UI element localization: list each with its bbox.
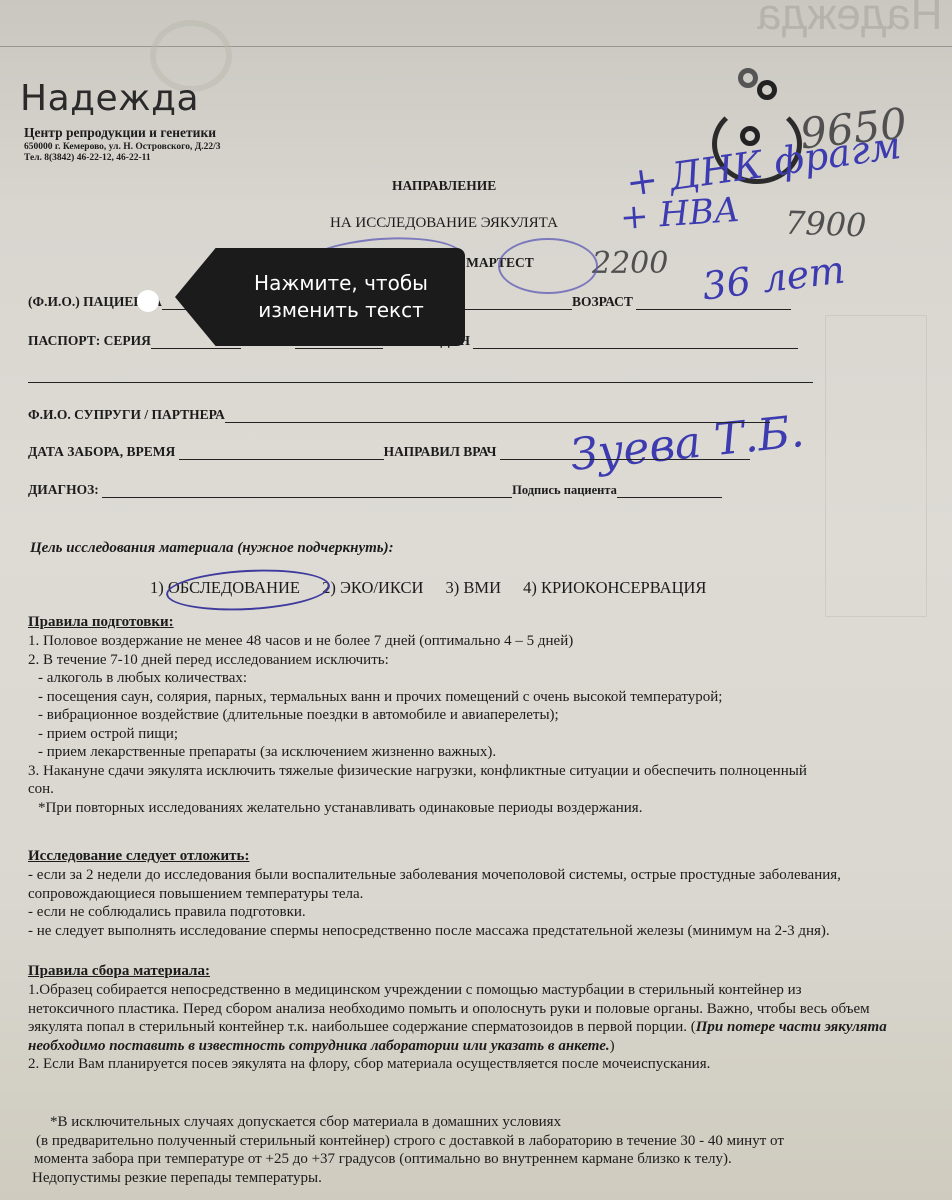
date-label: ДАТА ЗАБОРА, ВРЕМЯ [28, 444, 175, 459]
clinic-phone: Тел. 8(3842) 46-22-12, 46-22-11 [24, 153, 151, 163]
logo-circle-icon [738, 68, 758, 88]
text-anchor-handle[interactable] [137, 290, 159, 312]
postpone-item: - не следует выполнять исследование спер… [28, 922, 888, 941]
handwritten-add-nva: + НВА [619, 190, 741, 238]
preparation-item: - алкоголь в любых количествах: [28, 669, 908, 688]
diagnosis-row: ДИАГНОЗ: Подпись пациента [28, 482, 722, 498]
postpone-item: - если не соблюдались правила подготовки… [28, 903, 888, 922]
partner-row: Ф.И.О. СУПРУГИ / ПАРТНЕРА [28, 407, 770, 423]
preparation-note: *При повторных исследованиях желательно … [28, 799, 908, 818]
clinic-subtitle: Центр репродукции и генетики [24, 125, 216, 141]
doctor-field[interactable] [500, 447, 750, 460]
purpose-title: Цель исследования материала (нужное подч… [30, 540, 394, 557]
passport-extra-line[interactable] [28, 382, 813, 383]
signature-field[interactable] [617, 485, 722, 498]
doc-subtitle: НА ИССЛЕДОВАНИЕ ЭЯКУЛЯТА [330, 215, 558, 232]
collection-item: 2. Если Вам планируется посев эякулята н… [28, 1055, 888, 1074]
preparation-item: - посещения саун, солярия, парных, терма… [28, 688, 908, 707]
age-field[interactable] [636, 297, 791, 310]
preparation-title: Правила подготовки: [28, 614, 174, 631]
purpose-option-iui[interactable]: 3) ВМИ [446, 578, 501, 597]
age-label: ВОЗРАСТ [572, 294, 633, 309]
doc-title: НАПРАВЛЕНИЕ [392, 178, 496, 194]
edit-text-tooltip[interactable]: Нажмите, чтобы изменить текст [175, 248, 465, 346]
preparation-list: 1. Половое воздержание не менее 48 часов… [28, 632, 908, 817]
bleed-through-brand: Надежда [757, 0, 942, 40]
preparation-item: 2. В течение 7-10 дней перед исследовани… [28, 651, 908, 670]
logo-circle-icon [757, 80, 777, 100]
handwritten-price-martest: 2200 [592, 246, 668, 281]
collection-item: 1.Образец собирается непосредственно в м… [28, 981, 888, 1055]
diagnosis-field[interactable] [102, 485, 512, 498]
collection-list: 1.Образец собирается непосредственно в м… [28, 981, 888, 1074]
clinic-brand: Надежда [20, 78, 199, 119]
handwritten-price-nva: 7900 [784, 204, 867, 245]
preparation-item: - вибрационное воздействие (длительные п… [28, 706, 908, 725]
bleed-through-table [825, 315, 927, 617]
date-field[interactable] [179, 447, 384, 460]
purpose-option-cryo[interactable]: 4) КРИОКОНСЕРВАЦИЯ [523, 578, 706, 597]
passport-series-label: ПАСПОРТ: СЕРИЯ [28, 333, 151, 348]
test-circle-mark [498, 238, 598, 294]
preparation-item: 1. Половое воздержание не менее 48 часов… [28, 632, 908, 651]
doctor-label: НАПРАВИЛ ВРАЧ [384, 444, 497, 459]
date-row: ДАТА ЗАБОРА, ВРЕМЯ НАПРАВИЛ ВРАЧ [28, 444, 750, 460]
signature-label: Подпись пациента [512, 483, 617, 497]
collection-title: Правила сбора материала: [28, 963, 210, 980]
collection-note: *В исключительных случаях допускается сб… [28, 1113, 888, 1187]
postpone-item: - если за 2 недели до исследования были … [28, 866, 888, 903]
partner-field[interactable] [225, 410, 770, 423]
diagnosis-label: ДИАГНОЗ: [28, 482, 99, 497]
preparation-item: - прием лекарственные препараты (за искл… [28, 743, 908, 762]
postpone-title: Исследование следует отложить: [28, 848, 249, 865]
selected-option-circle-mark [165, 566, 331, 615]
tooltip-message: Нажмите, чтобы изменить текст [227, 270, 455, 324]
clinic-address: 650000 г. Кемерово, ул. Н. Островского, … [24, 142, 221, 152]
preparation-item: - прием острой пищи; [28, 725, 908, 744]
partner-label: Ф.И.О. СУПРУГИ / ПАРТНЕРА [28, 407, 225, 422]
purpose-option-ivf[interactable]: 2) ЭКО/ИКСИ [322, 578, 423, 597]
document-page: Надежда Надежда Центр репродукции и гене… [0, 0, 952, 1200]
issued-by-field[interactable] [473, 336, 798, 349]
paper-fold-line [0, 46, 952, 47]
postpone-list: - если за 2 недели до исследования были … [28, 866, 888, 940]
preparation-item: 3. Накануне сдачи эякулята исключить тяж… [28, 762, 818, 799]
